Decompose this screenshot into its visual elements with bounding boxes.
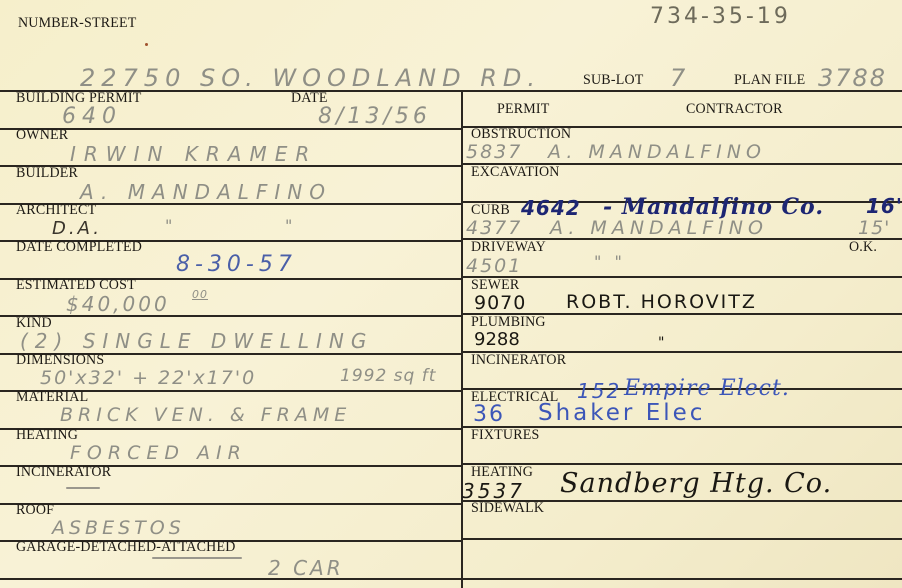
garage-label: GARAGE-DETACHED-ATTACHED: [16, 541, 236, 556]
electrical-contractor-2: Shaker Elec: [538, 402, 705, 425]
driveway-label: DRIVEWAY: [471, 241, 546, 256]
owner-label: OWNER: [16, 129, 68, 144]
dimensions-value: 50'x32' + 22'x17'0: [40, 369, 256, 388]
owner-value: IRWIN KRAMER: [70, 144, 317, 164]
curb-permit-1: 4642: [521, 198, 581, 218]
electrical-permit-1: 152: [577, 381, 621, 401]
fixtures-label: FIXTURES: [471, 429, 540, 444]
date-completed-value: 8-30-57: [176, 254, 297, 276]
rule-line: [461, 276, 902, 278]
excavation-label: EXCAVATION: [471, 166, 560, 181]
plan-file-value: 3788: [818, 66, 887, 90]
architect-ditto-1: ": [165, 218, 178, 234]
roof-value: ASBESTOS: [52, 519, 185, 538]
sub-lot-label: SUB-LOT: [583, 74, 644, 89]
heating-value: FORCED AIR: [70, 444, 247, 463]
right-incinerator-label: INCINERATOR: [471, 354, 566, 369]
electrical-contractor-1: Empire Elect.: [624, 378, 790, 400]
plumbing-permit: 9288: [474, 331, 520, 349]
curb-length-2: 15': [858, 219, 890, 238]
building-permit-value: 640: [62, 106, 122, 128]
sub-lot-value: 7: [670, 66, 691, 90]
curb-permit-2: 4377: [466, 219, 522, 238]
estimated-cost-value: $40,000: [66, 294, 170, 314]
roof-label: ROOF: [16, 504, 54, 519]
column-divider: [461, 90, 463, 588]
sewer-contractor: ROBT. HOROVITZ: [566, 293, 757, 312]
number-street-label: NUMBER-STREET: [18, 17, 137, 32]
card-id-number: 734-35-19: [650, 6, 791, 28]
number-street-value: 22750 SO. WOODLAND RD.: [80, 66, 541, 90]
date-completed-label: DATE COMPLETED: [16, 241, 142, 256]
obstruction-contractor: A. MANDALFINO: [548, 143, 766, 162]
driveway-contractor: " ": [594, 254, 626, 270]
driveway-permit: 4501: [466, 257, 522, 276]
attached-underline: [152, 557, 242, 559]
permit-column-header: PERMIT: [497, 103, 550, 118]
dimensions-area: 1992 sq ft: [340, 368, 436, 385]
rule-line: [0, 578, 902, 580]
material-value: BRICK VEN. & FRAME: [60, 406, 351, 425]
ink-dot: [145, 43, 148, 46]
builder-value: A. MANDALFINO: [80, 182, 332, 202]
architect-value: D.A.: [52, 220, 102, 238]
plan-file-label: PLAN FILE: [734, 74, 805, 89]
contractor-column-header: CONTRACTOR: [686, 103, 783, 118]
obstruction-permit: 5837: [466, 143, 522, 162]
sidewalk-label: SIDEWALK: [471, 502, 544, 517]
heating-label: HEATING: [16, 429, 78, 444]
heating-contractor: Sandberg Htg. Co.: [560, 470, 832, 497]
sewer-permit: 9070: [474, 294, 526, 313]
rule-line: [461, 538, 902, 540]
building-permit-card: 734-35-19 NUMBER-STREET 22750 SO. WOODLA…: [0, 0, 902, 588]
curb-length-1: 16': [866, 196, 902, 216]
curb-contractor-2: A. MANDALFINO: [550, 219, 768, 238]
curb-contractor-1: - Mandalfino Co.: [603, 196, 824, 218]
garage-value: 2 CAR: [268, 558, 344, 578]
plumbing-contractor: ": [658, 336, 670, 350]
permit-date-value: 8/13/56: [318, 106, 431, 128]
architect-ditto-2: ": [285, 218, 298, 234]
heating-permit: 3537: [462, 481, 525, 501]
architect-label: ARCHITECT: [16, 204, 96, 219]
estimated-cost-cents: 00: [192, 289, 208, 300]
driveway-status: O.K.: [849, 241, 877, 256]
kind-value: (2) SINGLE DWELLING: [20, 331, 373, 351]
incinerator-dash: [66, 487, 100, 489]
incinerator-label: INCINERATOR: [16, 466, 111, 481]
electrical-permit-2: 36: [473, 404, 505, 426]
rule-line: [0, 503, 461, 505]
builder-label: BUILDER: [16, 167, 78, 182]
